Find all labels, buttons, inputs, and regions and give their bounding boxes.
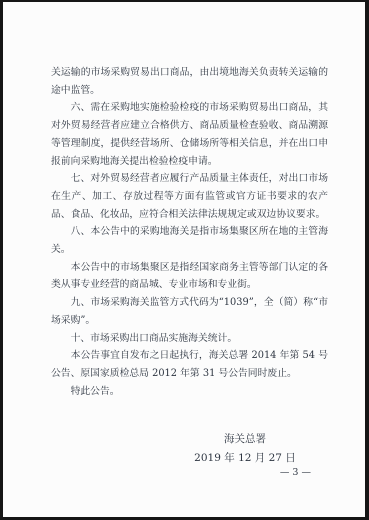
document-paragraph: 关运输的市场采购贸易出口商品，由出境地海关负责转关运输的途中监管。 (51, 64, 328, 99)
document-paragraph: 本公告事宜自发布之日起执行，海关总署 2014 年第 54 号公告、原国家质检总… (51, 347, 328, 382)
document-page: 关运输的市场采购贸易出口商品，由出境地海关负责转关运输的途中监管。 六、需在采购… (0, 0, 369, 520)
document-paragraph: 七、对外贸易经营者应履行产品质量主体责任，对出口市场在生产、加工、存放过程等方面… (51, 170, 328, 223)
document-paragraph: 特此公告。 (51, 383, 328, 401)
page-number: — 3 — (3, 466, 311, 479)
issuer-signature: 海关总署 (170, 432, 320, 446)
document-paragraph: 十、市场采购出口商品实施海关统计。 (51, 330, 328, 348)
document-paragraph: 本公告中的市场集聚区是指经国家商务主管等部门认定的各类从事专业经营的商品城、专业… (51, 259, 328, 294)
document-paragraph: 六、需在采购地实施检验检疫的市场采购贸易出口商品，其对外贸易经营者应建立合格供方… (51, 99, 328, 170)
issue-date: 2019 年 12 月 27 日 (170, 451, 320, 465)
document-paragraph: 九、市场采购海关监管方式代码为“1039”，全（简）称“市场采购”。 (51, 294, 328, 329)
document-paragraph: 八、本公告中的采购地海关是指市场集聚区所在地的主管海关。 (51, 223, 328, 258)
document-body: 关运输的市场采购贸易出口商品，由出境地海关负责转关运输的途中监管。 六、需在采购… (51, 64, 328, 400)
